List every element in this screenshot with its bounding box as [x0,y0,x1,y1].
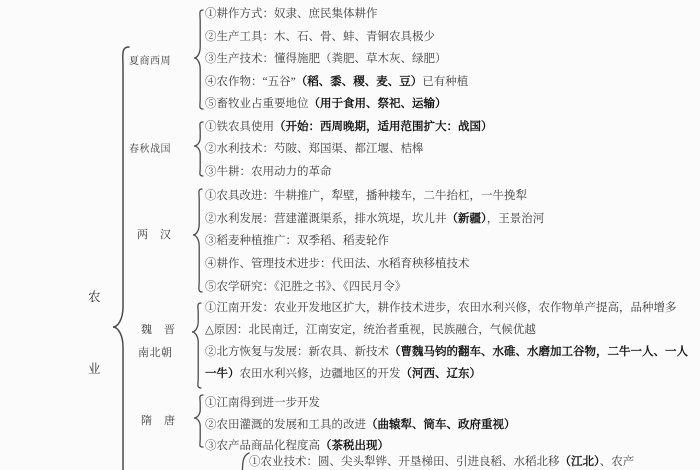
text-segment: ③生产技术：懂得施肥（粪肥、草木灰、绿肥） [205,53,447,65]
text-segment: ②水利技术：芍陂、郑国渠、都江堰、桔槔 [205,143,424,155]
section-brace-4 [190,302,205,389]
outline-item: ①农业技术：圆、尖头犁铧、开垦梯田、引进良稻、水稻北移（江北）、农产 [249,451,679,470]
outline-item: ⑤畜牧业占重要地位（用于食用、祭祀、运输） [205,93,699,116]
root-label-char-2: 业 [88,363,101,376]
text-segment: △原因：北民南迁，江南安定，统治者重视，民族融合，气候优越 [205,324,536,336]
outline-item: ②水利技术：芍陂、郑国渠、都江堰、桔槔 [205,138,699,160]
section-brace-1 [192,9,206,110]
text-segment: ④农作物：“五谷” [205,76,296,88]
section-items-weijin-nanbeichao: ①江南开发：农业开发地区扩大，耕作技术进步，农田水利兴修，农作物单产提高，品种增… [205,297,699,385]
period-label-weijin: 魏 晋 [141,321,176,337]
outline-item: ②北方恢复与发展：新农具、新技术（曹魏马钧的翻车、水碓、水磨加工谷物，二牛一人、… [205,341,699,385]
outline-item: ⑤农学研究：《氾胜之书》、《四民月令》 [205,276,699,299]
text-segment: ②生产工具：木、石、骨、蚌、青铜农具极少 [205,31,435,43]
mindmap-canvas: 农 业 夏商西周 ①耕作方式：奴隶、庶民集体耕作 ②生产工具：木、石、骨、蚌、青… [0,0,700,470]
text-segment: ②水利发展：营建灌溉渠系，排水筑堤，坎儿井 [205,213,447,225]
highlight-segment: （河西、辽东） [401,368,482,380]
text-segment: ④耕作、管理技术进步：代田法、水稻育秧移植技术 [205,258,470,270]
section-items-suitang: ①江南得到进一步开发 ②农田灌溉的发展和工具的改进（曲辕犁、筒车、政府重视） ③… [205,393,699,458]
period-label-nanbeichao: 南北朝 [138,344,173,360]
highlight-segment: （用于食用、祭祀、运输） [309,98,447,110]
text-segment: ②北方恢复与发展：新农具、新技术 [205,346,389,358]
highlight-segment: （新疆） [447,213,487,225]
text-segment: ①铁农具使用 [205,121,274,133]
outline-item: ③稻麦种植推广：双季稻、稻麦轮作 [205,230,699,253]
outline-item: ①铁农具使用（开始：西周晚期，适用范围扩大：战国） [205,116,699,138]
text-segment: ⑤农学研究：《氾胜之书》、《四民月令》 [205,281,406,293]
outline-item: △原因：北民南迁，江南安定，统治者重视，民族融合，气候优越 [205,319,699,341]
outline-item: ④耕作、管理技术进步：代田法、水稻育秧移植技术 [205,253,699,276]
text-segment: 农田水利兴修，边疆地区的开发 [240,368,401,380]
text-segment: ③牛耕：农用动力的革命 [205,166,332,178]
outline-item: ①江南开发：农业开发地区扩大，耕作技术进步，农田水利兴修，农作物单产提高，品种增… [205,297,699,319]
section-brace-3 [191,188,206,293]
text-segment: ①江南开发：农业开发地区扩大，耕作技术进步，农田水利兴修，农作物单产提高，品种增… [205,302,677,314]
outline-item: ③生产技术：懂得施肥（粪肥、草木灰、绿肥） [205,48,699,71]
text-segment: 、农产 [600,456,635,468]
section-items-xia-shang-xizhou: ①耕作方式：奴隶、庶民集体耕作 ②生产工具：木、石、骨、蚌、青铜农具极少 ③生产… [205,3,699,116]
outline-item: ②水利发展：营建灌溉渠系，排水筑堤，坎儿井（新疆），王景治河 [205,208,699,231]
text-segment: ②农田灌溉的发展和工具的改进 [205,419,366,431]
root-label-char-1: 农 [88,291,101,304]
outline-item: ①农具改进：牛耕推广，犁壁，播种耧车，二牛抬杠，一牛挽犁 [205,185,699,208]
period-label-chunqiu-zhanguo: 春秋战国 [129,140,171,155]
root-brace [109,45,133,470]
text-segment: ⑤畜牧业占重要地位 [205,98,309,110]
outline-item: ①耕作方式：奴隶、庶民集体耕作 [205,3,699,26]
highlight-segment: （江北） [560,456,600,468]
section-items-bottom-cutoff: ①农业技术：圆、尖头犁铧、开垦梯田、引进良稻、水稻北移（江北）、农产 [249,451,679,470]
highlight-segment: （稻、黍、稷、麦、豆） [296,76,423,88]
text-segment: ，王景治河 [487,213,545,225]
outline-item: ②农田灌溉的发展和工具的改进（曲辕犁、筒车、政府重视） [205,415,699,437]
text-segment: ①农业技术：圆、尖头犁铧、开垦梯田、引进良稻、水稻北移 [249,456,560,468]
section-brace-2 [192,121,206,177]
period-label-suitang: 隋 唐 [141,412,176,428]
highlight-segment: （曲辕犁、筒车、政府重视） [366,419,516,431]
outline-item: ②生产工具：木、石、骨、蚌、青铜农具极少 [205,26,699,49]
period-label-xia-shang-xizhou: 夏商西周 [129,52,171,67]
highlight-segment: （开始：西周晚期，适用范围扩大：战国） [274,121,493,133]
text-segment: ③稻麦种植推广：双季稻、稻麦轮作 [205,235,389,247]
section-brace-5 [192,394,206,448]
text-segment: ①耕作方式：奴隶、庶民集体耕作 [205,8,378,20]
section-items-chunqiu-zhanguo: ①铁农具使用（开始：西周晚期，适用范围扩大：战国） ②水利技术：芍陂、郑国渠、都… [205,116,699,183]
outline-item: ④农作物：“五谷”（稻、黍、稷、麦、豆）已有种植 [205,71,699,94]
outline-item: ③牛耕：农用动力的革命 [205,161,699,183]
text-segment: ①农具改进：牛耕推广，犁壁，播种耧车，二牛抬杠，一牛挽犁 [205,190,527,202]
section-items-lianghan: ①农具改进：牛耕推广，犁壁，播种耧车，二牛抬杠，一牛挽犁 ②水利发展：营建灌溉渠… [205,185,699,299]
text-segment: ①江南得到进一步开发 [205,397,320,409]
text-segment: 已有种植 [422,76,468,88]
period-label-lianghan: 两 汉 [137,226,172,242]
outline-item: ①江南得到进一步开发 [205,393,699,415]
